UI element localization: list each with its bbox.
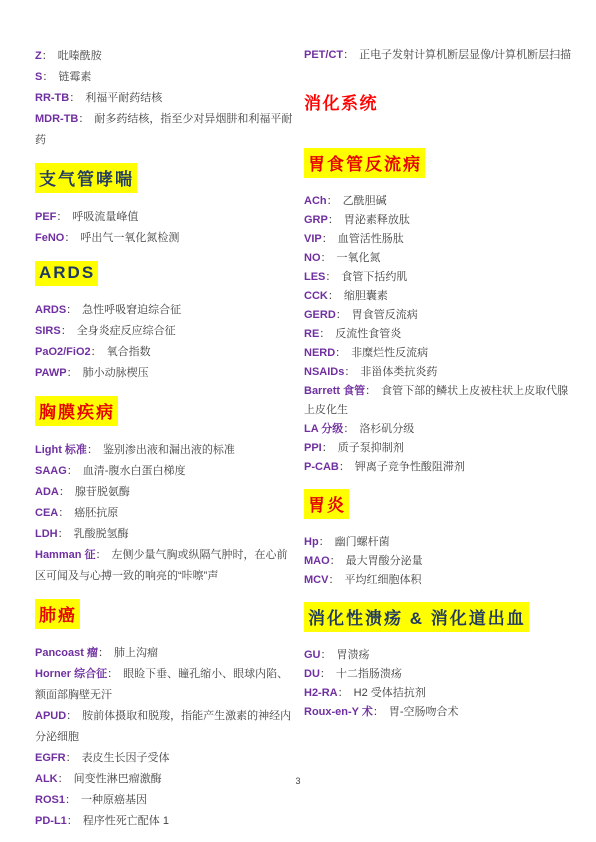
entry-definition: 肺小动脉楔压 [83, 367, 149, 379]
entry-abbr: MAO [304, 555, 330, 567]
entry-separator: ： [365, 385, 376, 397]
entry-definition: 急性呼吸窘迫综合征 [82, 304, 181, 316]
entry-separator: ： [319, 328, 330, 340]
glossary-entry: S：链霉素 [35, 67, 297, 88]
entry-separator: ： [325, 271, 336, 283]
glossary-entry: PPI：质子泵抑制剂 [304, 439, 578, 458]
entry-definition: 缩胆囊素 [344, 290, 388, 302]
glossary-entry: VIP：血管活性肠肽 [304, 230, 578, 249]
entry-separator: ： [343, 423, 354, 435]
glossary-entry: PET/CT：正电子发射计算机断层显像/计算机断层扫描 [304, 46, 578, 65]
entry-abbr: Z [35, 50, 42, 62]
entry-separator: ： [67, 815, 78, 827]
glossary-entry: APUD：胺前体摄取和脱羧，指能产生激素的神经内分泌细胞 [35, 706, 297, 748]
entry-group: Z：吡嗪酰胺S：链霉素RR-TB：利福平耐药结核MDR-TB：耐多药结核，指至少… [35, 46, 297, 151]
glossary-entry: DU：十二指肠溃疡 [304, 665, 578, 684]
entry-abbr: NERD [304, 347, 335, 359]
entry-abbr: GRP [304, 214, 328, 226]
glossary-entry: MAO：最大胃酸分泌量 [304, 552, 578, 571]
entry-separator: ： [327, 195, 338, 207]
entry-abbr: PD-L1 [35, 815, 67, 827]
glossary-entry: CCK：缩胆囊素 [304, 287, 578, 306]
entry-abbr: PPI [304, 442, 322, 454]
entry-separator: ： [42, 71, 53, 83]
entry-group: ARDS：急性呼吸窘迫综合征SIRS：全身炎症反应综合征PaO2/FiO2：氧合… [35, 300, 297, 384]
entry-separator: ： [107, 668, 118, 680]
entry-abbr: FeNO [35, 232, 64, 244]
entry-definition: 胃-空肠吻合术 [389, 706, 459, 718]
entry-definition: 平均红细胞体积 [344, 574, 421, 586]
entry-abbr: SIRS [35, 325, 61, 337]
entry-abbr: MCV [304, 574, 328, 586]
section-heading: 消化性溃疡 & 消化道出血 [304, 602, 529, 632]
entry-separator: ： [66, 752, 77, 764]
entry-abbr: H2-RA [304, 687, 338, 699]
entry-separator: ： [321, 252, 332, 264]
entry-separator: ： [69, 92, 80, 104]
entry-abbr: LA 分级 [304, 423, 343, 435]
entry-abbr: Horner 综合征 [35, 668, 107, 680]
entry-abbr: EGFR [35, 752, 66, 764]
entry-definition: 正电子发射计算机断层显像/计算机断层扫描 [359, 49, 571, 61]
entry-separator: ： [343, 49, 354, 61]
entry-group: PET/CT：正电子发射计算机断层显像/计算机断层扫描 [304, 46, 578, 65]
glossary-entry: LDH：乳酸脱氢酶 [35, 524, 297, 545]
entry-separator: ： [42, 50, 53, 62]
entry-abbr: Roux-en-Y 术 [304, 706, 373, 718]
section-heading: 胃食管反流病 [304, 148, 425, 178]
glossary-entry: SIRS：全身炎症反应综合征 [35, 321, 297, 342]
entry-separator: ： [58, 528, 69, 540]
entry-definition: 胃溃疡 [337, 649, 370, 661]
entry-definition: 程序性死亡配体 1 [83, 815, 169, 827]
entry-definition: 幽门螺杆菌 [335, 536, 390, 548]
entry-abbr: SAAG [35, 465, 67, 477]
entry-abbr: Hp [304, 536, 319, 548]
entry-abbr: ARDS [35, 304, 66, 316]
entry-separator: ： [78, 113, 89, 125]
entry-abbr: Light 标准 [35, 444, 87, 456]
entry-separator: ： [56, 211, 67, 223]
entry-separator: ： [96, 549, 107, 561]
glossary-entry: Z：吡嗪酰胺 [35, 46, 297, 67]
entry-definition: 氧合指数 [107, 346, 151, 358]
entry-definition: 反流性食管炎 [335, 328, 401, 340]
entry-group: Hp：幽门螺杆菌MAO：最大胃酸分泌量MCV：平均红细胞体积 [304, 533, 578, 590]
entry-definition: 鉴别渗出液和漏出液的标准 [103, 444, 235, 456]
glossary-entry: H2-RA：H2 受体拮抗剂 [304, 684, 578, 703]
glossary-entry: PAWP：肺小动脉楔压 [35, 363, 297, 384]
entry-abbr: Pancoast 瘤 [35, 647, 98, 659]
glossary-entry: EGFR：表皮生长因子受体 [35, 748, 297, 769]
entry-separator: ： [65, 794, 76, 806]
glossary-entry: NO：一氧化氮 [304, 249, 578, 268]
entry-definition: 腺苷脱氨酶 [75, 486, 130, 498]
entry-definition: H2 受体拮抗剂 [354, 687, 426, 699]
glossary-entry: Barrett 食管：食管下部的鳞状上皮被柱状上皮取代腺上皮化生 [304, 382, 578, 420]
entry-definition: 十二指肠溃疡 [336, 668, 402, 680]
entry-definition: 血管活性肠肽 [338, 233, 404, 245]
glossary-entry: ARDS：急性呼吸窘迫综合征 [35, 300, 297, 321]
entry-abbr: ROS1 [35, 794, 65, 806]
section-heading-row: 胃食管反流病 [304, 148, 578, 178]
entry-abbr: CCK [304, 290, 328, 302]
entry-abbr: LDH [35, 528, 58, 540]
glossary-entry: GU：胃溃疡 [304, 646, 578, 665]
entry-definition: 呼出气一氧化氮检测 [80, 232, 179, 244]
entry-definition: 血清-腹水白蛋白梯度 [83, 465, 186, 477]
section-heading-row: ARDS [35, 261, 297, 286]
entry-definition: 洛杉矶分级 [359, 423, 414, 435]
entry-definition: 乳酸脱氢酶 [74, 528, 129, 540]
entry-definition: 非糜烂性反流病 [351, 347, 428, 359]
entry-definition: 全身炎症反应综合征 [77, 325, 176, 337]
entry-abbr: PET/CT [304, 49, 343, 61]
entry-separator: ： [321, 649, 332, 661]
entry-abbr: GERD [304, 309, 336, 321]
entry-definition: 质子泵抑制剂 [338, 442, 404, 454]
entry-definition: 链霉素 [58, 71, 91, 83]
entry-abbr: MDR-TB [35, 113, 78, 125]
glossary-entry: Hp：幽门螺杆菌 [304, 533, 578, 552]
section-heading: 支气管哮喘 [35, 163, 137, 193]
entry-definition: 表皮生长因子受体 [82, 752, 170, 764]
entry-separator: ： [66, 710, 77, 722]
entry-separator: ： [328, 574, 339, 586]
glossary-entry: ACh：乙酰胆碱 [304, 192, 578, 211]
glossary-entry: PEF：呼吸流量峰值 [35, 207, 297, 228]
entry-abbr: LES [304, 271, 325, 283]
entry-group: PEF：呼吸流量峰值FeNO：呼出气一氧化氮检测 [35, 207, 297, 249]
entry-definition: 利福平耐药结核 [85, 92, 162, 104]
entry-abbr: PAWP [35, 367, 67, 379]
entry-group: Pancoast 瘤：肺上沟瘤Horner 综合征：眼睑下垂、瞳孔缩小、眼球内陷… [35, 643, 297, 832]
entry-separator: ： [67, 367, 78, 379]
entry-definition: 一种原癌基因 [81, 794, 147, 806]
glossary-entry: FeNO：呼出气一氧化氮检测 [35, 228, 297, 249]
glossary-entry: Roux-en-Y 术：胃-空肠吻合术 [304, 703, 578, 722]
section-heading-row: 胃炎 [304, 489, 578, 519]
glossary-entry: Horner 综合征：眼睑下垂、瞳孔缩小、眼球内陷、额面部胸壁无汗 [35, 664, 297, 706]
glossary-entry: PaO2/FiO2：氧合指数 [35, 342, 297, 363]
entry-separator: ： [322, 233, 333, 245]
entry-definition: 乙酰胆碱 [343, 195, 387, 207]
entry-abbr: Barrett 食管 [304, 385, 365, 397]
glossary-entry: MDR-TB：耐多药结核，指至少对异烟肼和利福平耐药 [35, 109, 297, 151]
page-number: 3 [0, 776, 596, 786]
glossary-entry: RE：反流性食管炎 [304, 325, 578, 344]
section-heading: 胸膜疾病 [35, 396, 118, 426]
glossary-entry: LA 分级：洛杉矶分级 [304, 420, 578, 439]
entry-abbr: PaO2/FiO2 [35, 346, 91, 358]
entry-separator: ： [61, 325, 72, 337]
glossary-entry: NSAIDs：非甾体类抗炎药 [304, 363, 578, 382]
glossary-entry: Light 标准：鉴别渗出液和漏出液的标准 [35, 440, 297, 461]
entry-separator: ： [328, 214, 339, 226]
entry-separator: ： [58, 507, 69, 519]
section-heading: 肺癌 [35, 599, 80, 629]
entry-definition: 非甾体类抗炎药 [360, 366, 437, 378]
entry-definition: 一氧化氮 [337, 252, 381, 264]
entry-abbr: Hamman 征 [35, 549, 96, 561]
section-heading-row: 肺癌 [35, 599, 297, 629]
section-heading-row: 支气管哮喘 [35, 163, 297, 193]
glossary-entry: ROS1：一种原癌基因 [35, 790, 297, 811]
entry-separator: ： [66, 304, 77, 316]
glossary-entry: CEA：癌胚抗原 [35, 503, 297, 524]
entry-separator: ： [91, 346, 102, 358]
document-page: Z：吡嗪酰胺S：链霉素RR-TB：利福平耐药结核MDR-TB：耐多药结核，指至少… [0, 0, 596, 842]
entry-separator: ： [330, 555, 341, 567]
entry-definition: 癌胚抗原 [74, 507, 118, 519]
entry-group: GU：胃溃疡DU：十二指肠溃疡H2-RA：H2 受体拮抗剂Roux-en-Y 术… [304, 646, 578, 722]
glossary-entry: SAAG：血清-腹水白蛋白梯度 [35, 461, 297, 482]
entry-definition: 钾离子竞争性酸阻滞剂 [355, 461, 465, 473]
entry-definition: 食管下括约肌 [341, 271, 407, 283]
entry-abbr: CEA [35, 507, 58, 519]
glossary-entry: P-CAB：钾离子竞争性酸阻滞剂 [304, 458, 578, 477]
glossary-entry: LES：食管下括约肌 [304, 268, 578, 287]
entry-separator: ： [319, 536, 330, 548]
glossary-entry: MCV：平均红细胞体积 [304, 571, 578, 590]
entry-separator: ： [339, 461, 350, 473]
entry-definition: 最大胃酸分泌量 [346, 555, 423, 567]
section-heading-row: 消化性溃疡 & 消化道出血 [304, 602, 578, 632]
entry-abbr: RE [304, 328, 319, 340]
right-column: PET/CT：正电子发射计算机断层显像/计算机断层扫描消化系统胃食管反流病ACh… [304, 46, 578, 722]
entry-abbr: DU [304, 668, 320, 680]
left-column: Z：吡嗪酰胺S：链霉素RR-TB：利福平耐药结核MDR-TB：耐多药结核，指至少… [35, 46, 297, 832]
entry-definition: 胃食管反流病 [352, 309, 418, 321]
entry-definition: 胃泌素释放肽 [344, 214, 410, 226]
entry-abbr: RR-TB [35, 92, 69, 104]
entry-group: ACh：乙酰胆碱GRP：胃泌素释放肽VIP：血管活性肠肽NO：一氧化氮LES：食… [304, 192, 578, 477]
entry-definition: 肺上沟瘤 [114, 647, 158, 659]
entry-abbr: NSAIDs [304, 366, 344, 378]
entry-abbr: VIP [304, 233, 322, 245]
entry-separator: ： [328, 290, 339, 302]
glossary-entry: NERD：非糜烂性反流病 [304, 344, 578, 363]
entry-abbr: P-CAB [304, 461, 339, 473]
entry-abbr: NO [304, 252, 321, 264]
chapter-heading-row: 消化系统 [304, 89, 578, 114]
entry-separator: ： [373, 706, 384, 718]
glossary-entry: PD-L1：程序性死亡配体 1 [35, 811, 297, 832]
entry-separator: ： [59, 486, 70, 498]
entry-group: Light 标准：鉴别渗出液和漏出液的标准SAAG：血清-腹水白蛋白梯度ADA：… [35, 440, 297, 587]
chapter-heading: 消化系统 [304, 94, 378, 113]
entry-abbr: PEF [35, 211, 56, 223]
entry-abbr: GU [304, 649, 321, 661]
entry-separator: ： [338, 687, 349, 699]
section-heading: 胃炎 [304, 489, 349, 519]
entry-abbr: APUD [35, 710, 66, 722]
glossary-entry: Pancoast 瘤：肺上沟瘤 [35, 643, 297, 664]
glossary-entry: GERD：胃食管反流病 [304, 306, 578, 325]
glossary-entry: RR-TB：利福平耐药结核 [35, 88, 297, 109]
entry-abbr: ADA [35, 486, 59, 498]
entry-separator: ： [322, 442, 333, 454]
entry-definition: 吡嗪酰胺 [58, 50, 102, 62]
entry-separator: ： [98, 647, 109, 659]
glossary-entry: GRP：胃泌素释放肽 [304, 211, 578, 230]
entry-abbr: ACh [304, 195, 327, 207]
section-heading-row: 胸膜疾病 [35, 396, 297, 426]
glossary-entry: Hamman 征：左侧少量气胸或纵隔气肿时，在心前区可闻及与心搏一致的响亮的“咔… [35, 545, 297, 587]
entry-separator: ： [344, 366, 355, 378]
entry-separator: ： [336, 309, 347, 321]
section-heading: ARDS [35, 261, 98, 286]
entry-separator: ： [64, 232, 75, 244]
glossary-entry: ADA：腺苷脱氨酶 [35, 482, 297, 503]
entry-definition: 呼吸流量峰值 [72, 211, 138, 223]
entry-separator: ： [87, 444, 98, 456]
entry-separator: ： [67, 465, 78, 477]
entry-separator: ： [320, 668, 331, 680]
entry-separator: ： [335, 347, 346, 359]
